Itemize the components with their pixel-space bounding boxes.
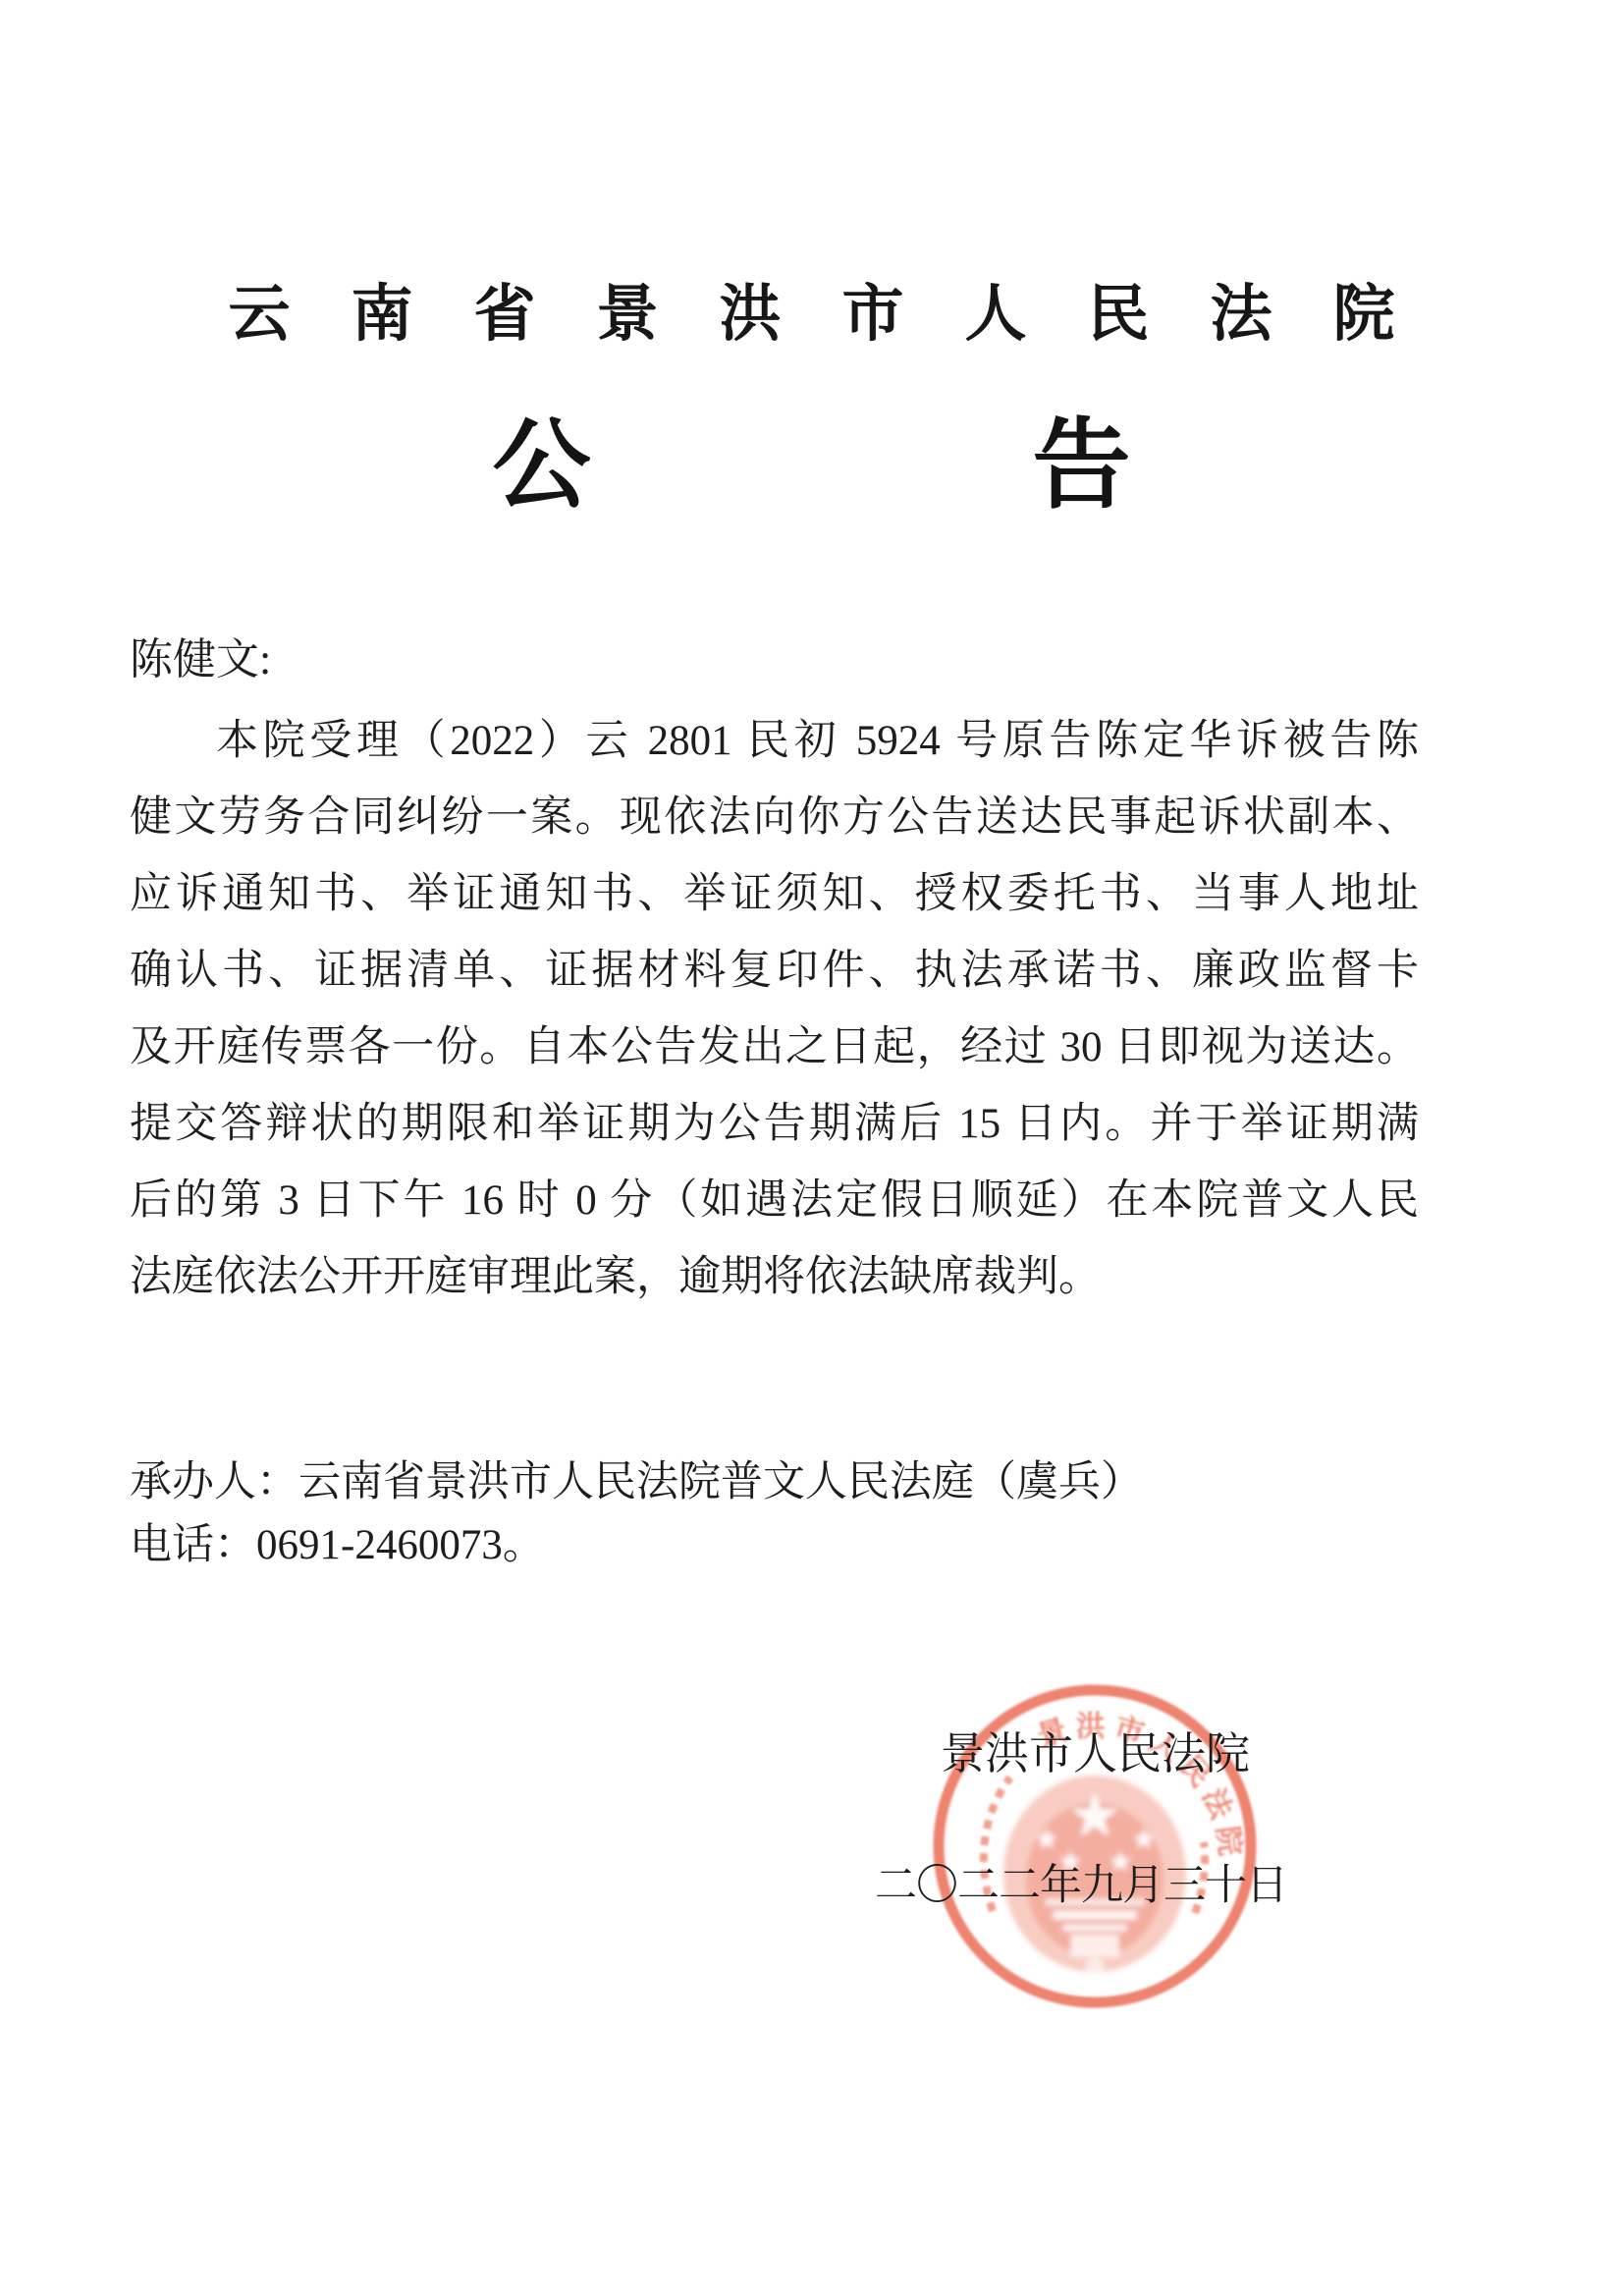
body-line: 后的第 3 日下午 16 时 0 分（如遇法定假日顺延）在本院普文人民 bbox=[130, 1163, 1419, 1239]
phone-line: 电话：0691-2460073。 bbox=[130, 1514, 1465, 1577]
body-line: 法庭依法公开开庭审理此案，逾期将依法缺席裁判。 bbox=[130, 1239, 1419, 1316]
addressee-name: 陈健文: bbox=[130, 636, 271, 683]
contact-block: 承办人：云南省景洪市人民法院普文人民法庭（虞兵） 电话：0691-2460073… bbox=[130, 1451, 1465, 1577]
body-line: 应诉通知书、举证通知书、举证须知、授权委托书、当事人地址 bbox=[130, 856, 1419, 933]
announcement-heading: 公 告 bbox=[0, 412, 1623, 520]
body-line: 及开庭传票各一份。自本公告发出之日起，经过 30 日即视为送达。 bbox=[130, 1010, 1419, 1086]
signature-date: 二〇二二年九月三十日 bbox=[875, 1863, 1287, 1909]
body-line: 确认书、证据清单、证据材料复印件、执法承诺书、廉政监督卡 bbox=[130, 933, 1419, 1010]
body-line: 健文劳务合同纠纷一案。现依法向你方公告送达民事起诉状副本、 bbox=[130, 780, 1419, 856]
announcement-body: 本院受理（2022）云 2801 民初 5924 号原告陈定华诉被告陈 健文劳务… bbox=[130, 703, 1419, 1316]
body-line: 本院受理（2022）云 2801 民初 5924 号原告陈定华诉被告陈 bbox=[130, 703, 1419, 780]
court-announcement-page: 云南省景洪市人民法院 公 告 陈健文: 本院受理（2022）云 2801 民初 … bbox=[0, 0, 1623, 2296]
handler-line: 承办人：云南省景洪市人民法院普文人民法庭（虞兵） bbox=[130, 1451, 1465, 1514]
signature-court-name: 景洪市人民法院 bbox=[941, 1730, 1250, 1779]
court-title: 云南省景洪市人民法院 bbox=[0, 282, 1623, 347]
body-line: 提交答辩状的期限和举证期为公告期满后 15 日内。并于举证期满 bbox=[130, 1086, 1419, 1163]
